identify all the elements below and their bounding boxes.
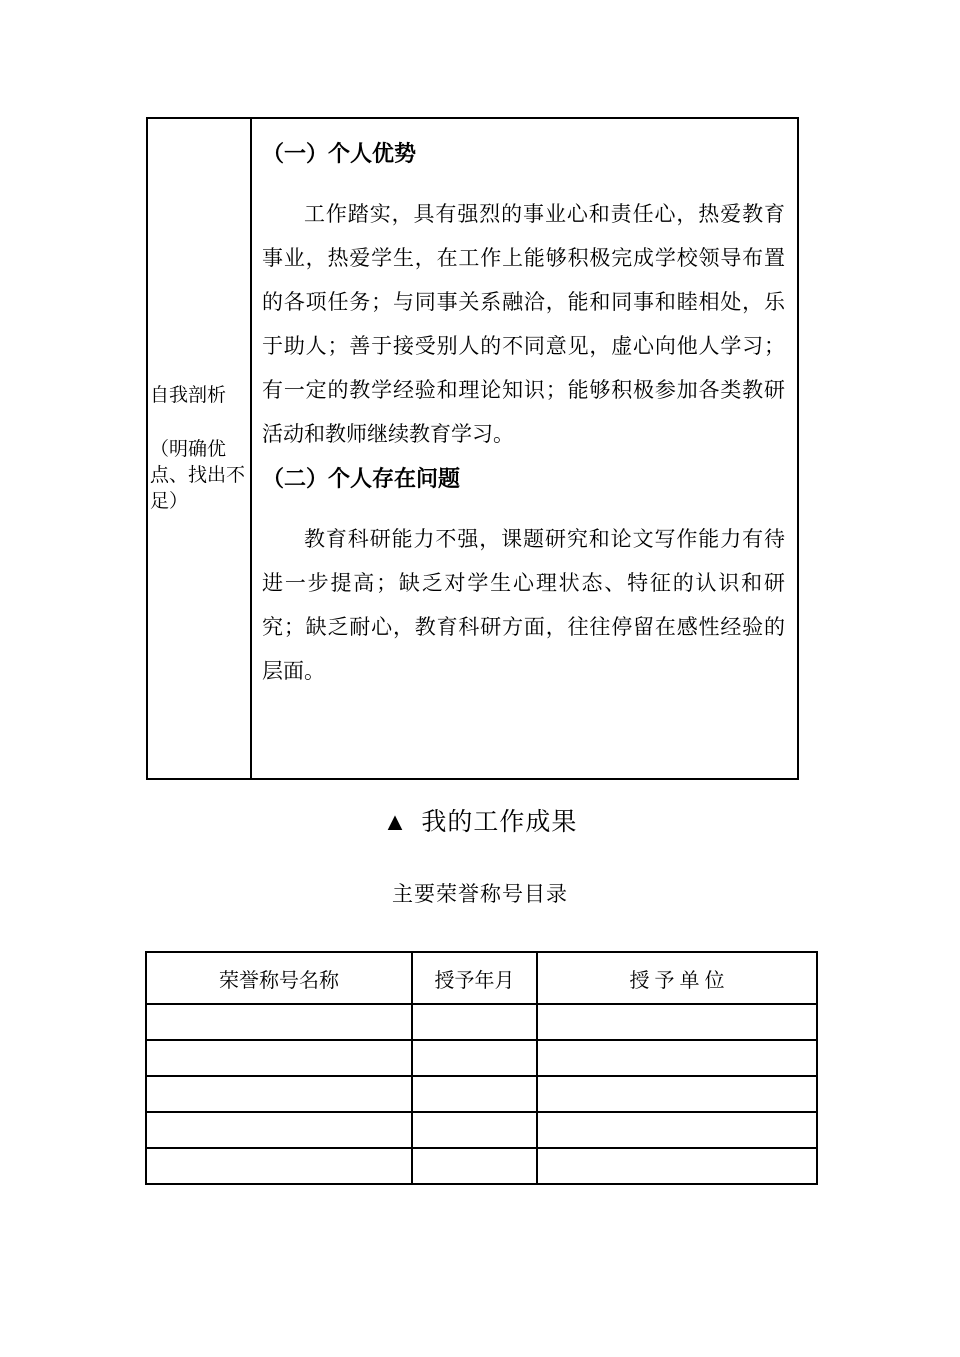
empty-cell — [412, 1040, 537, 1076]
empty-cell — [537, 1076, 817, 1112]
empty-cell — [537, 1004, 817, 1040]
empty-cell — [146, 1112, 412, 1148]
empty-cell — [146, 1004, 412, 1040]
section-2-heading: （二）个人存在问题 — [262, 464, 785, 494]
honor-col-header-date: 授予年月 — [412, 952, 537, 1004]
section-1-paragraph: 工作踏实，具有强烈的事业心和责任心，热爱教育事业，热爱学生，在工作上能够积极完成… — [262, 192, 785, 456]
self-analysis-content-cell: （一）个人优势 工作踏实，具有强烈的事业心和责任心，热爱教育事业，热爱学生，在工… — [251, 118, 798, 779]
table-row — [146, 1076, 817, 1112]
empty-cell — [146, 1040, 412, 1076]
empty-cell — [412, 1076, 537, 1112]
empty-cell — [146, 1148, 412, 1184]
section-2-paragraph: 教育科研能力不强，课题研究和论文写作能力有待进一步提高；缺乏对学生心理状态、特征… — [262, 517, 785, 693]
row-label-note: （明确优点、找出不足） — [150, 437, 248, 515]
work-results-heading-text: 我的工作成果 — [421, 809, 577, 836]
table-row — [146, 1040, 817, 1076]
table-row — [146, 1004, 817, 1040]
empty-cell — [537, 1148, 817, 1184]
empty-cell — [537, 1040, 817, 1076]
table-row — [146, 1112, 817, 1148]
honor-col-header-name: 荣誉称号名称 — [146, 952, 412, 1004]
empty-cell — [412, 1004, 537, 1040]
row-label-cell: 自我剖析 （明确优点、找出不足） — [147, 118, 251, 779]
self-analysis-table: 自我剖析 （明确优点、找出不足） （一）个人优势 工作踏实，具有强烈的事业心和责… — [146, 117, 799, 780]
empty-cell — [412, 1148, 537, 1184]
empty-cell — [537, 1112, 817, 1148]
row-label-title: 自我剖析 — [150, 383, 248, 409]
honor-table-header-row: 荣誉称号名称 授予年月 授 予 单 位 — [146, 952, 817, 1004]
section-1-heading: （一）个人优势 — [262, 139, 785, 169]
empty-cell — [146, 1076, 412, 1112]
empty-cell — [412, 1112, 537, 1148]
table-row — [146, 1148, 817, 1184]
work-results-heading: ▲我的工作成果 — [0, 806, 960, 840]
document-page: 自我剖析 （明确优点、找出不足） （一）个人优势 工作踏实，具有强烈的事业心和责… — [0, 0, 960, 1357]
honor-table-title: 主要荣誉称号目录 — [0, 879, 960, 909]
honor-col-header-unit: 授 予 单 位 — [537, 952, 817, 1004]
self-analysis-row: 自我剖析 （明确优点、找出不足） （一）个人优势 工作踏实，具有强烈的事业心和责… — [147, 118, 798, 779]
triangle-icon: ▲ — [383, 809, 408, 836]
honor-table: 荣誉称号名称 授予年月 授 予 单 位 — [145, 951, 818, 1185]
